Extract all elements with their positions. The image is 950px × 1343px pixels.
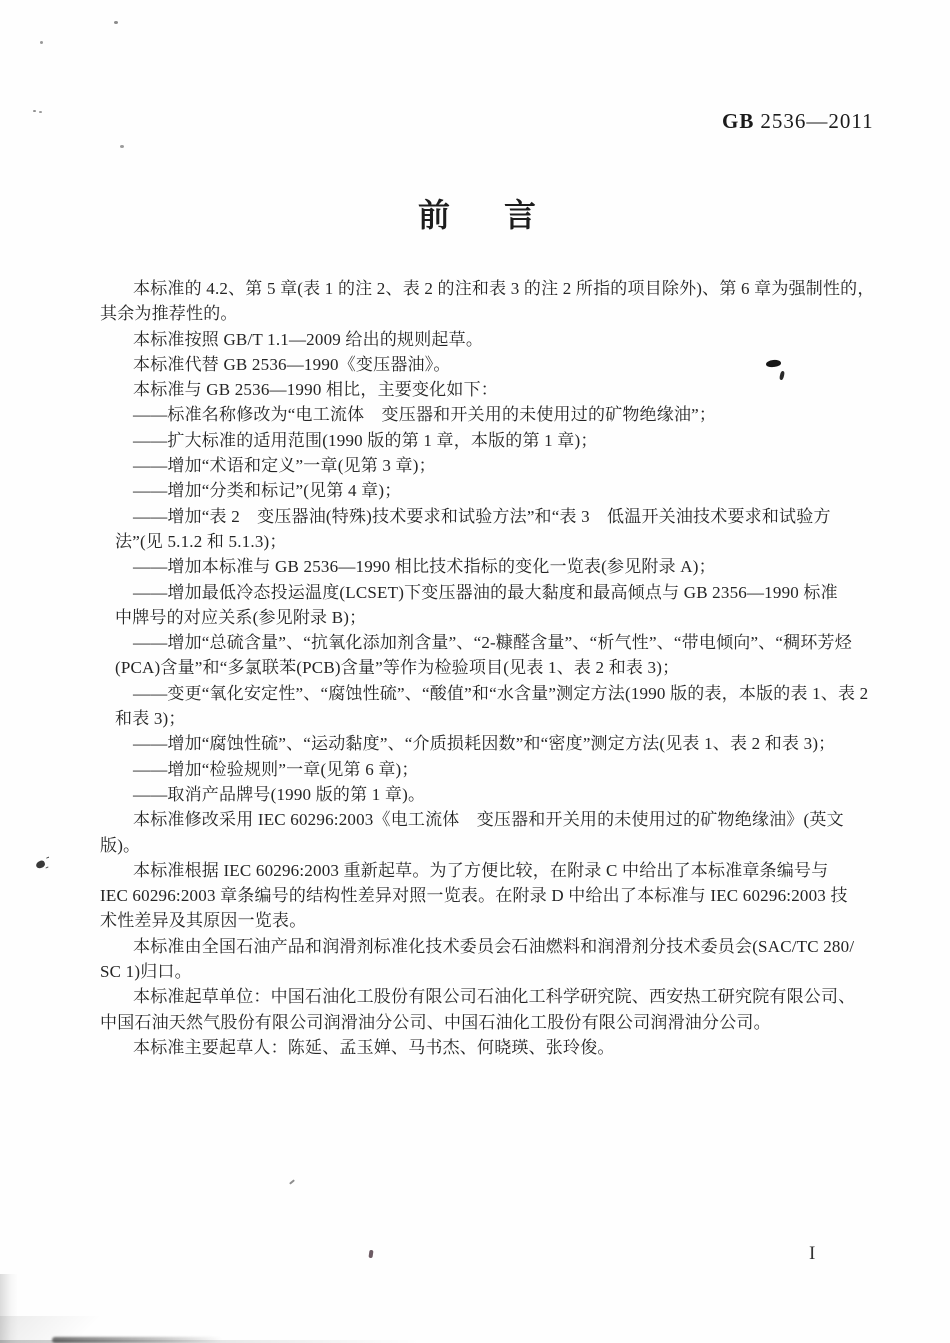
title-char-1: 前 (418, 190, 450, 236)
scan-speckle (33, 110, 36, 112)
text-line: ——增加最低冷态投运温度(LCSET)下变压器油的最大黏度和最高倾点与 GB 2… (100, 580, 870, 605)
text-line: 中国石油天然气股份有限公司润滑油分公司、中国石油化工股份有限公司润滑油分公司。 (100, 1010, 870, 1035)
scan-speckle (368, 1250, 373, 1258)
text-line: ——增加“检验规则”一章(见第 6 章)； (100, 757, 870, 782)
text-line: ——增加“腐蚀性硫”、“运动黏度”、“介质损耗因数”和“密度”测定方法(见表 1… (100, 731, 870, 756)
scan-speckle (40, 41, 43, 44)
page-title: 前 言 (418, 190, 536, 236)
text-line: ——增加“术语和定义”一章(见第 3 章)； (100, 453, 870, 478)
text-line: 本标准代替 GB 2536—1990《变压器油》。 (100, 352, 870, 377)
standard-code-prefix: GB (722, 109, 754, 133)
scan-speckle (120, 145, 124, 148)
text-line: 术性差异及其原因一览表。 (100, 908, 870, 933)
text-line: ——增加“分类和标记”(见第 4 章)； (100, 478, 870, 503)
text-line: ——标准名称修改为“电工流体 变压器和开关用的未使用过的矿物绝缘油”； (100, 402, 870, 427)
scan-speckle (289, 1179, 295, 1184)
standard-code-number: 2536—2011 (760, 109, 873, 133)
text-line: ——增加本标准与 GB 2536—1990 相比技术指标的变化一览表(参见附录 … (100, 554, 870, 579)
scanned-document-page: GB2536—2011 前 言 本标准的 4.2、第 5 章(表 1 的注 2、… (0, 0, 950, 1343)
page-number: I (809, 1243, 815, 1265)
foreword-body: 本标准的 4.2、第 5 章(表 1 的注 2、表 2 的注和表 3 的注 2 … (100, 276, 870, 1060)
text-line: ——扩大标准的适用范围(1990 版的第 1 章，本版的第 1 章)； (100, 428, 870, 453)
text-line: 本标准的 4.2、第 5 章(表 1 的注 2、表 2 的注和表 3 的注 2 … (100, 276, 870, 301)
text-line: 法”(见 5.1.2 和 5.1.3)； (100, 529, 870, 554)
scan-speckle (114, 21, 118, 24)
text-line: 本标准修改采用 IEC 60296:2003《电工流体 变压器和开关用的未使用过… (100, 807, 870, 832)
text-line: 版)。 (100, 833, 870, 858)
text-line: 本标准主要起草人：陈延、孟玉婵、马书杰、何晓瑛、张玲俊。 (100, 1035, 870, 1060)
text-line: ——变更“氧化安定性”、“腐蚀性硫”、“酸值”和“水含量”测定方法(1990 版… (100, 681, 870, 706)
text-line: 中牌号的对应关系(参见附录 B)； (100, 605, 870, 630)
text-line: ——增加“表 2 变压器油(特殊)技术要求和试验方法”和“表 3 低温开关油技术… (100, 504, 870, 529)
text-line: 本标准由全国石油产品和润滑剂标准化技术委员会石油燃料和润滑剂分技术委员会(SAC… (100, 934, 870, 959)
text-line: ——增加“总硫含量”、“抗氧化添加剂含量”、“2-糠醛含量”、“析气性”、“带电… (100, 630, 870, 655)
text-line: SC 1)归口。 (100, 959, 870, 984)
title-char-2: 言 (504, 190, 536, 236)
text-line: 本标准起草单位：中国石油化工股份有限公司石油化工科学研究院、西安热工研究院有限公… (100, 984, 870, 1009)
text-line: 和表 3)； (100, 706, 870, 731)
text-line: (PCA)含量”和“多氯联苯(PCB)含量”等作为检验项目(见表 1、表 2 和… (100, 655, 870, 680)
text-line: 本标准按照 GB/T 1.1—2009 给出的规则起草。 (100, 327, 870, 352)
text-line: ——取消产品牌号(1990 版的第 1 章)。 (100, 782, 870, 807)
text-line: 其余为推荐性的。 (100, 301, 870, 326)
scan-ink-smudge (35, 860, 46, 870)
text-line: IEC 60296:2003 章条编号的结构性差异对照一览表。在附录 D 中给出… (100, 883, 870, 908)
standard-code: GB2536—2011 (722, 109, 874, 134)
text-line: 本标准与 GB 2536—1990 相比，主要变化如下： (100, 377, 870, 402)
text-line: 本标准根据 IEC 60296:2003 重新起草。为了方便比较，在附录 C 中… (100, 858, 870, 883)
